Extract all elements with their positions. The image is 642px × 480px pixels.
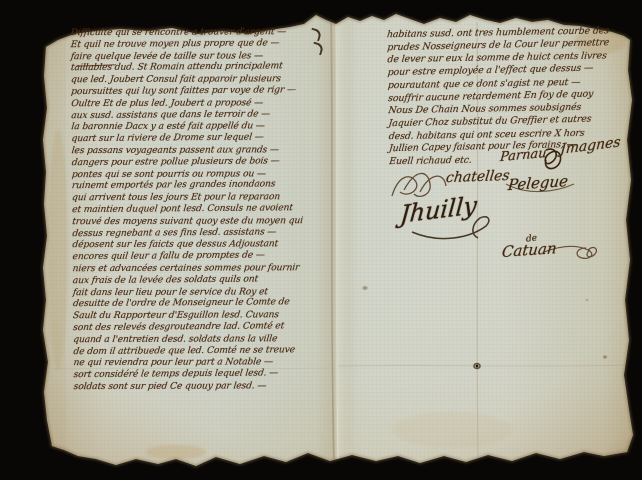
manuscript-line: quart sur la riviere de Drome sur lequel… [71,132,334,146]
signature-pelegue: Pelegue [507,172,569,194]
manuscript-line: et maintien duquel pont lesd. Consuls ne… [71,203,334,217]
manuscript-line: Et quil ne trouve moyen plus propre que … [70,38,333,52]
signature-jhuilly: Jhuilly [399,191,478,229]
manuscript-line: poursuittes qui luy sont faittes par voy… [70,85,333,99]
manuscript-line: aux frais de la levée des soldats quils … [72,274,335,288]
left-page-text: Difficulté qui se rencontre a trouver d'… [70,26,335,394]
manuscript-line: soldats sont sur pied Ce quouy par lesd.… [73,381,336,394]
manuscript-line: encores quil leur a fallu de promptes de… [72,250,335,264]
manuscript-line: sont des relevés desgrouteandre lad. Com… [72,321,335,335]
handwriting-layer: Difficulté qui se rencontre a trouver d'… [0,0,642,480]
manuscript-line: sort considéré le temps depuis lequel le… [73,368,336,382]
manuscript-line: desuitte de l'ordre de Monseigneur le Co… [72,297,335,311]
signature-catuan: Catuan [501,239,557,261]
manuscript-scan: Difficulté qui se rencontre a trouver d'… [0,0,642,480]
manuscript-line: dangers pour estre pollue plusieurs de b… [71,156,334,170]
signature-chatelles: chatelles [445,168,510,186]
